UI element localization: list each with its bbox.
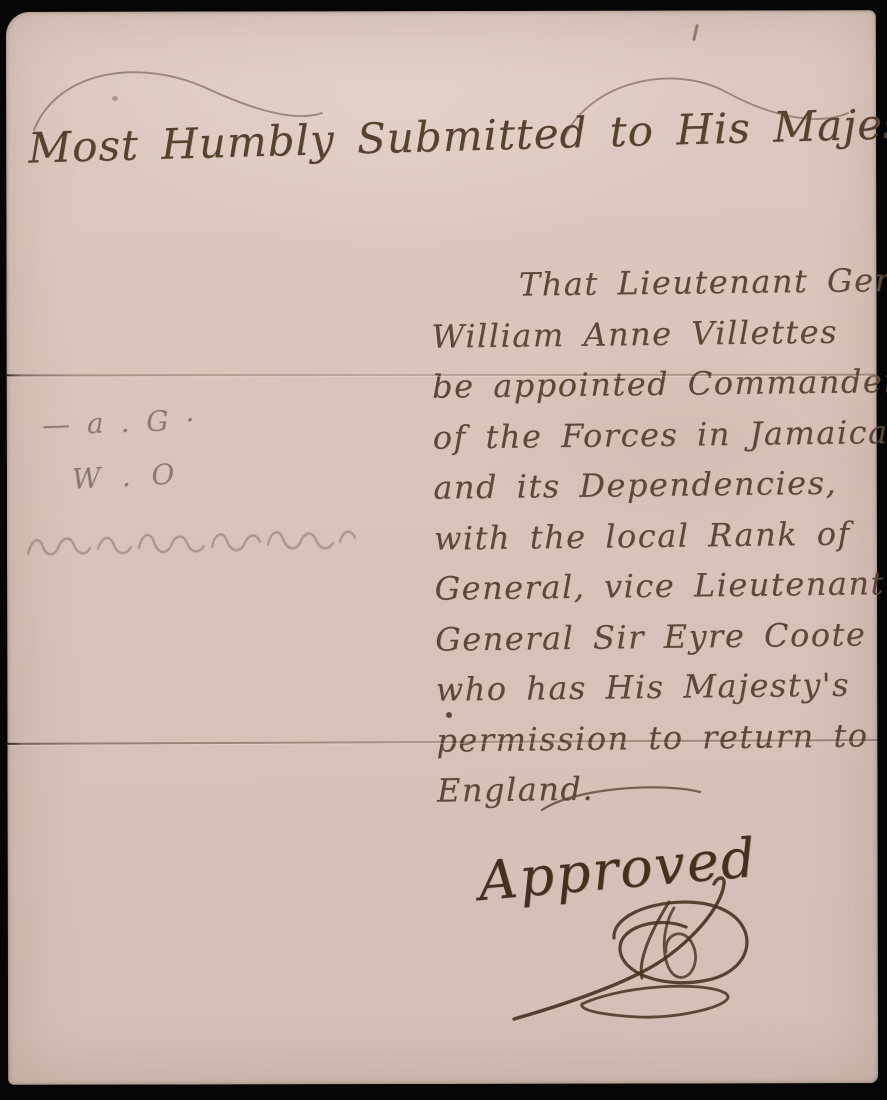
- manuscript-line: of the Forces in Jamaica: [432, 413, 873, 469]
- england-underline-swash: [540, 782, 710, 816]
- manuscript-line: and its Dependencies,: [433, 463, 874, 519]
- manuscript-line-struck-by-fold: permission to return to: [436, 716, 877, 772]
- manuscript-line: General Sir Eyre Coote: [435, 615, 876, 671]
- manuscript-line: William Anne Villettes: [431, 312, 872, 368]
- manuscript-line: be appointed Commander: [432, 362, 873, 418]
- royal-cypher-signature: [462, 876, 792, 1026]
- manuscript-line: with the local Rank of: [434, 514, 875, 570]
- pencil-annotation-2: W . O: [71, 457, 181, 496]
- document-photo: Most Humbly Submitted to His Majesty — a…: [0, 0, 887, 1100]
- ink-speck: [112, 96, 118, 101]
- manuscript-line: General, vice Lieutenant: [434, 564, 875, 620]
- pencil-annotation-1: — a . G ·: [41, 403, 199, 441]
- petition-body-text: That Lieutenant General William Anne Vil…: [431, 261, 878, 822]
- ink-blot: [446, 712, 452, 718]
- manuscript-line: That Lieutenant General: [431, 261, 872, 317]
- manuscript-line: who has His Majesty's: [436, 665, 877, 721]
- pencil-docket-illegible: [24, 522, 359, 570]
